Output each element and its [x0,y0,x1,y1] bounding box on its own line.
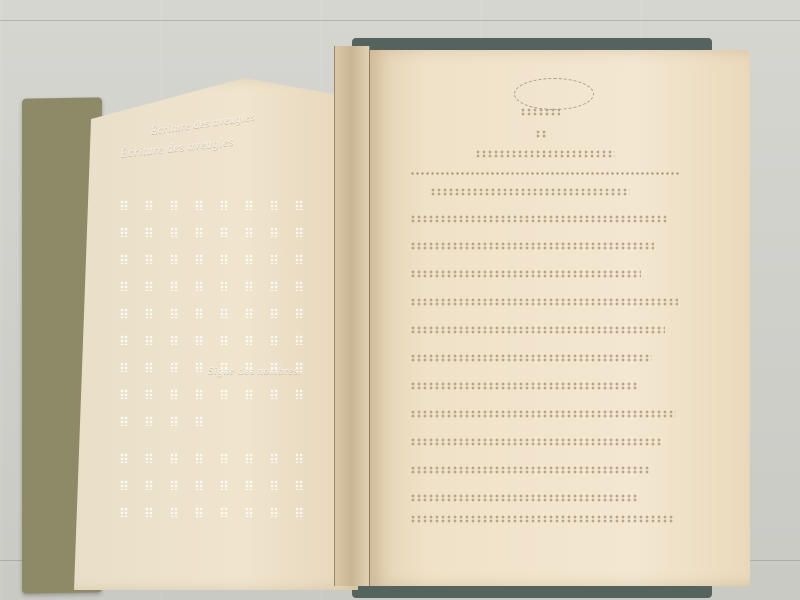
braille-cell [220,227,228,237]
braille-cell [245,281,253,291]
braille-cell [170,335,178,345]
braille-cell [220,335,228,345]
braille-text-line [410,515,674,523]
braille-cell [245,480,253,490]
braille-cell [195,362,203,372]
braille-cell [245,308,253,318]
braille-cell [145,416,153,426]
braille-cell [120,389,128,399]
braille-subtitle [535,130,547,138]
braille-cell [145,389,153,399]
braille-cell [145,227,153,237]
left-page [74,78,358,590]
braille-cell [270,480,278,490]
braille-text-line [410,382,639,390]
braille-cell [145,308,153,318]
braille-cell [145,453,153,463]
braille-cell [220,254,228,264]
braille-cell [120,507,128,517]
braille-text-line [410,215,667,223]
braille-cell [270,227,278,237]
open-braille-book [22,38,764,593]
braille-cell [120,200,128,210]
braille-cell [295,507,303,517]
braille-heading [475,150,615,158]
braille-cell [145,480,153,490]
braille-cell [170,227,178,237]
braille-cell [195,200,203,210]
floor-plank-seam [0,20,800,21]
braille-cell [170,389,178,399]
braille-cell [195,308,203,318]
braille-cell [270,200,278,210]
braille-cell [245,362,253,372]
braille-cell [220,389,228,399]
braille-cell [170,200,178,210]
braille-cell [120,362,128,372]
braille-cell [120,308,128,318]
braille-cell [295,254,303,264]
braille-cell [170,416,178,426]
braille-cell [245,453,253,463]
braille-cell [270,335,278,345]
braille-cell [145,254,153,264]
braille-text-line [410,298,678,306]
braille-cell [245,389,253,399]
braille-cell [245,507,253,517]
braille-cell [295,453,303,463]
braille-cell [120,254,128,264]
book-spine [334,46,370,586]
braille-cell [270,362,278,372]
braille-text-line [410,242,654,250]
braille-text-line [410,410,676,418]
braille-cell [170,308,178,318]
braille-cell [295,335,303,345]
braille-cell [195,335,203,345]
braille-text-line [410,270,641,278]
braille-cell [170,281,178,291]
braille-cell [295,362,303,372]
library-stamp [514,78,594,110]
braille-title [520,108,560,116]
braille-cell [295,200,303,210]
braille-cell [120,453,128,463]
braille-cell [245,335,253,345]
braille-cell [170,254,178,264]
braille-cell [220,453,228,463]
separator-dotted-line [410,172,680,175]
braille-cell [220,281,228,291]
braille-cell [145,200,153,210]
braille-cell [195,227,203,237]
braille-cell [270,254,278,264]
braille-cell [195,507,203,517]
braille-cell [245,200,253,210]
braille-cell [270,281,278,291]
braille-cell [220,480,228,490]
braille-cell [145,281,153,291]
right-page [370,50,750,586]
braille-cell [120,335,128,345]
braille-cell [195,453,203,463]
braille-cell [295,308,303,318]
braille-cell [170,480,178,490]
braille-text-line [410,466,650,474]
braille-cell [295,227,303,237]
braille-cell [270,453,278,463]
braille-cell [295,281,303,291]
braille-cell [120,480,128,490]
braille-cell [145,362,153,372]
braille-text-line [410,354,652,362]
braille-cell [295,480,303,490]
braille-cell [170,507,178,517]
braille-cell [170,362,178,372]
braille-cell [220,308,228,318]
braille-cell [195,281,203,291]
braille-cell [145,335,153,345]
braille-cell [245,254,253,264]
braille-cell [220,200,228,210]
braille-cell [270,507,278,517]
braille-cell [195,254,203,264]
braille-cell [195,389,203,399]
braille-cell [195,416,203,426]
braille-text-line [410,494,637,502]
braille-cell [270,389,278,399]
braille-cell [120,416,128,426]
braille-cell [270,308,278,318]
braille-cell [245,227,253,237]
braille-cell [120,227,128,237]
braille-text-line [430,188,630,196]
braille-cell [195,480,203,490]
braille-text-line [410,326,665,334]
braille-cell [120,281,128,291]
braille-cell [295,389,303,399]
braille-cell [170,453,178,463]
braille-text-line [410,438,663,446]
braille-cell [220,362,228,372]
braille-cell [220,507,228,517]
braille-cell [145,507,153,517]
